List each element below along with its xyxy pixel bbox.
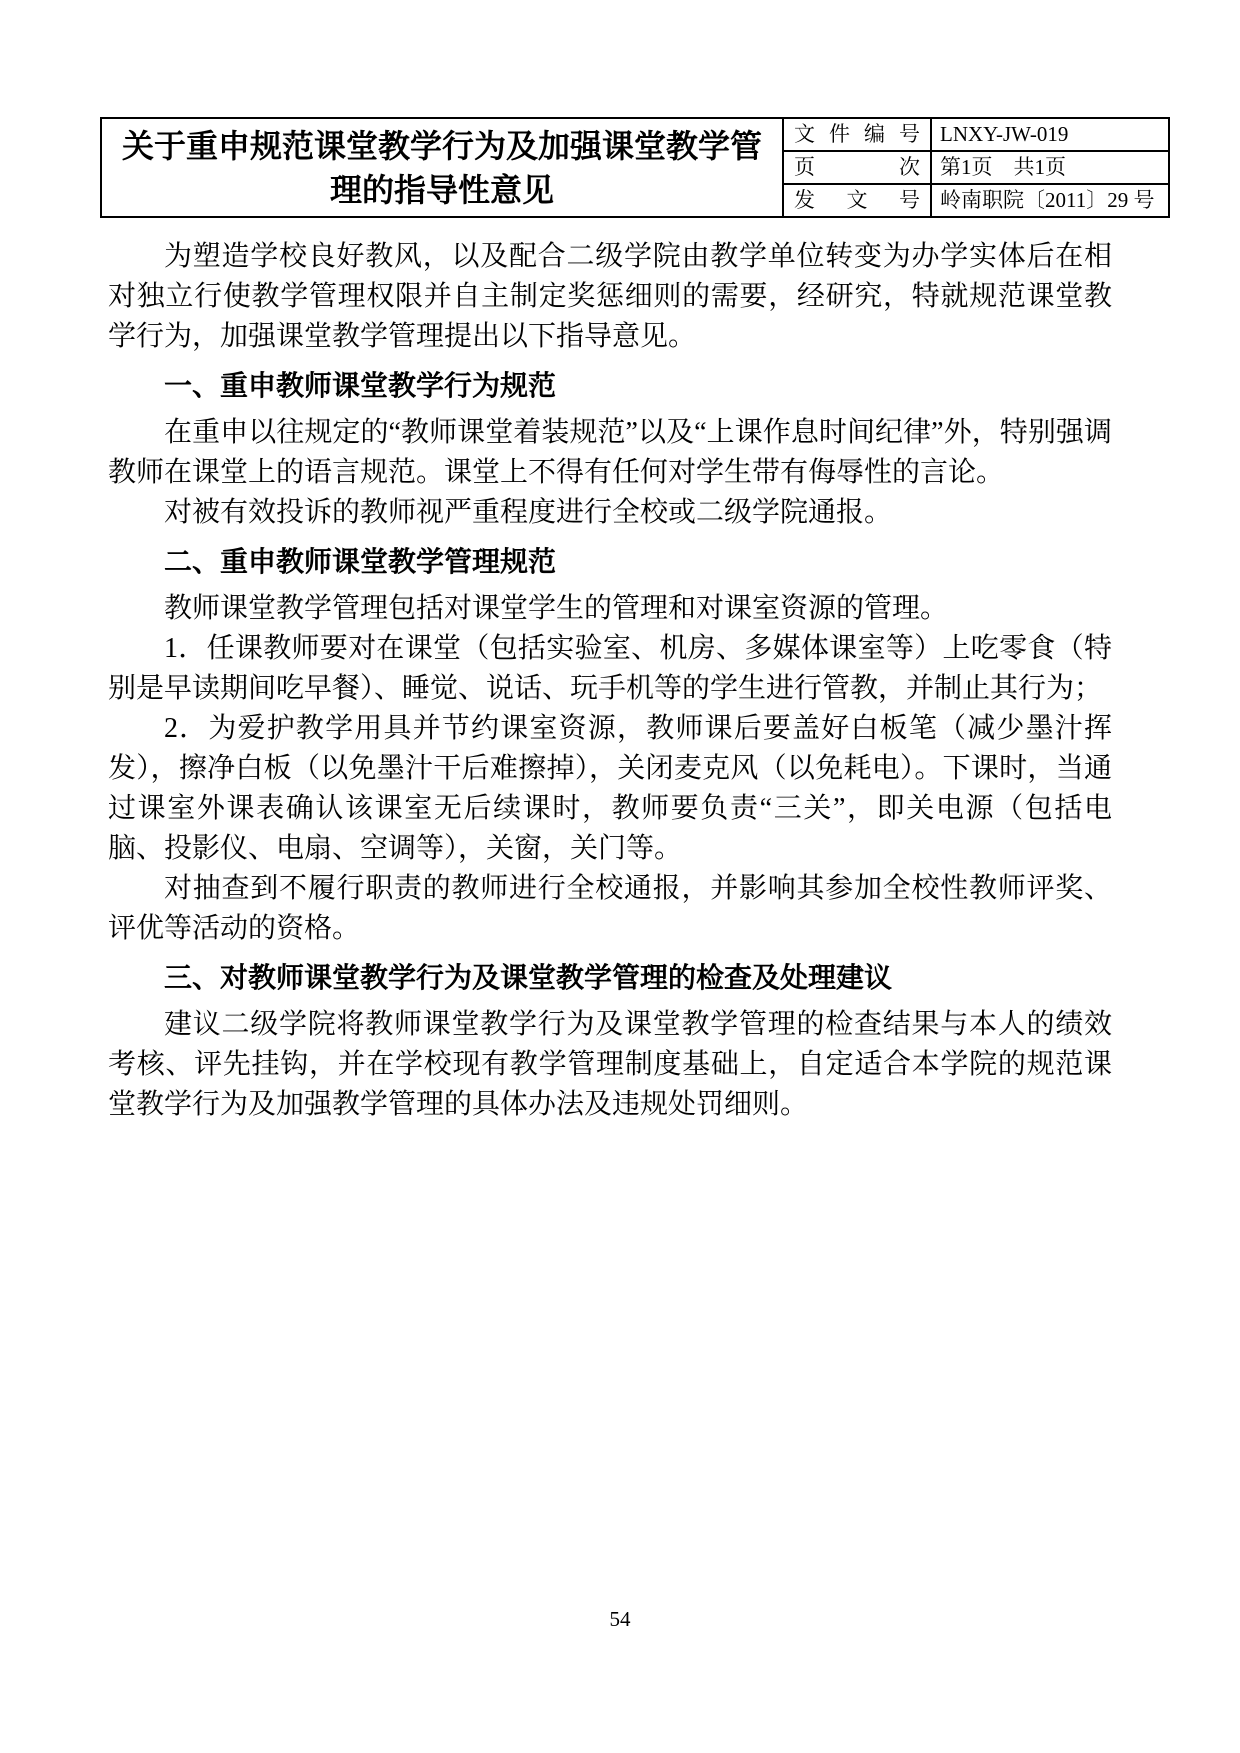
field-label-page-order: 页次 [783, 151, 931, 184]
field-value-issue-number: 岭南职院〔2011〕29 号 [931, 184, 1169, 217]
document-body: 为塑造学校良好教风，以及配合二级学院由教学单位转变为办学实体后在相对独立行使教学… [108, 237, 1112, 1125]
paragraph-intro: 为塑造学校良好教风，以及配合二级学院由教学单位转变为办学实体后在相对独立行使教学… [108, 237, 1112, 357]
header-row-1: 关于重申规范课堂教学行为及加强课堂教学管理的指导性意见 文件编号 LNXY-JW… [101, 118, 1169, 151]
paragraph: 建议二级学院将教师课堂教学行为及课堂教学管理的检查结果与本人的绩效考核、评先挂钩… [108, 1005, 1112, 1125]
section-heading-2: 二、重申教师课堂教学管理规范 [108, 542, 1112, 582]
section-heading-3: 三、对教师课堂教学行为及课堂教学管理的检查及处理建议 [108, 958, 1112, 998]
field-label-file-number: 文件编号 [783, 118, 931, 151]
document-header-table: 关于重申规范课堂教学行为及加强课堂教学管理的指导性意见 文件编号 LNXY-JW… [100, 117, 1170, 218]
field-value-page-order: 第1页 共1页 [931, 151, 1169, 184]
paragraph: 教师课堂教学管理包括对课堂学生的管理和对课室资源的管理。 [108, 589, 1112, 629]
document-page: 关于重申规范课堂教学行为及加强课堂教学管理的指导性意见 文件编号 LNXY-JW… [0, 0, 1240, 1753]
paragraph: 在重申以往规定的“教师课堂着装规范”以及“上课作息时间纪律”外，特别强调教师在课… [108, 413, 1112, 493]
document-title: 关于重申规范课堂教学行为及加强课堂教学管理的指导性意见 [101, 118, 783, 217]
field-value-file-number: LNXY-JW-019 [931, 118, 1169, 151]
section-heading-1: 一、重申教师课堂教学行为规范 [108, 366, 1112, 406]
field-label-issue-number: 发文号 [783, 184, 931, 217]
paragraph-list-item-2: 2．为爱护教学用具并节约课室资源，教师课后要盖好白板笔（减少墨汁挥发），擦净白板… [108, 709, 1112, 869]
paragraph: 对被有效投诉的教师视严重程度进行全校或二级学院通报。 [108, 493, 1112, 533]
paragraph-list-item-1: 1．任课教师要对在课堂（包括实验室、机房、多媒体课室等）上吃零食（特别是早读期间… [108, 629, 1112, 709]
paragraph: 对抽查到不履行职责的教师进行全校通报，并影响其参加全校性教师评奖、评优等活动的资… [108, 869, 1112, 949]
page-number: 54 [0, 1606, 1240, 1632]
